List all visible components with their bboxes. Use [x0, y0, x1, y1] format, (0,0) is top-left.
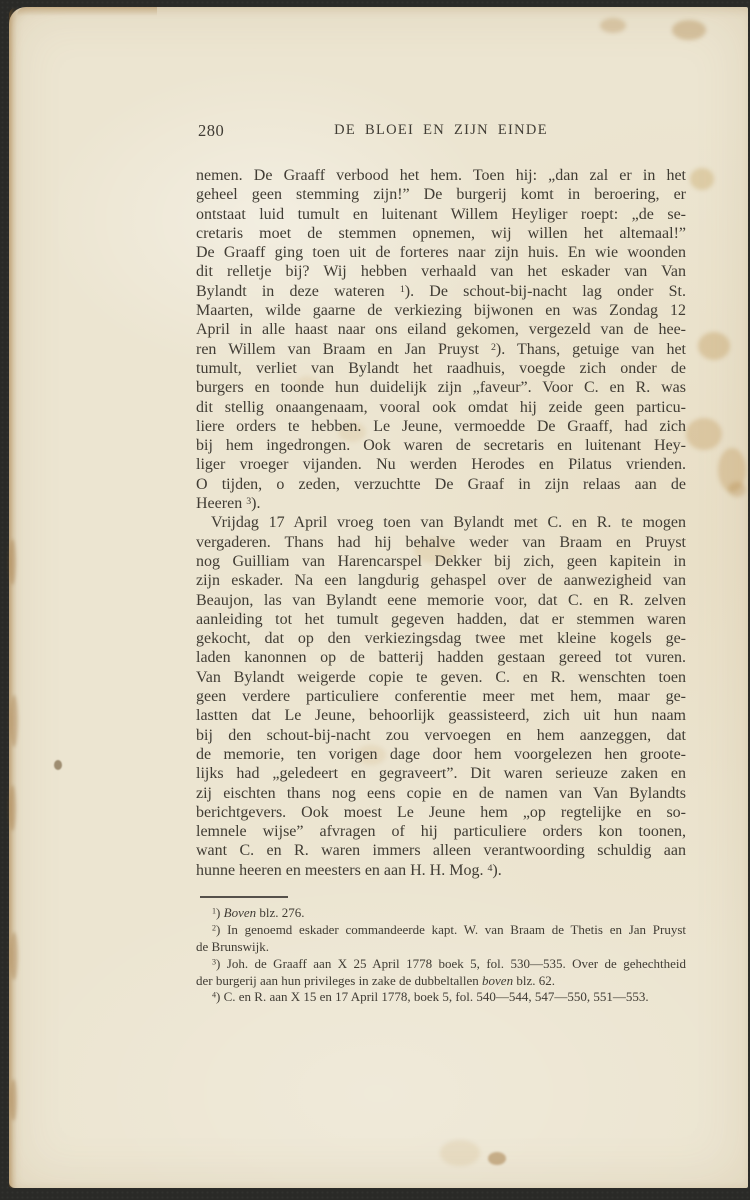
- stain: [686, 418, 722, 450]
- body-paragraph: Vrijdag 17 April vroeg toen van Bylandt …: [196, 513, 686, 880]
- footnote: 3) Joh. de Graaff aan X 25 April 1778 bo…: [196, 956, 686, 990]
- stain: [488, 1152, 506, 1165]
- running-head: DE BLOEI EN ZIJN EINDE: [196, 122, 686, 139]
- stain: [698, 332, 730, 360]
- edge-stain: [10, 695, 18, 747]
- edge-stain: [9, 539, 16, 585]
- footnotes: 1) Boven blz. 276. 2) In genoemd eskader…: [196, 905, 686, 1006]
- stain: [690, 168, 714, 190]
- page-header: 280 DE BLOEI EN ZIJN EINDE: [196, 121, 686, 141]
- footnote: 2) In genoemd eskader commandeerde kapt.…: [196, 922, 686, 956]
- stain: [440, 1140, 480, 1166]
- stain: [728, 482, 746, 497]
- edge-stain: [9, 785, 16, 831]
- page-edge-left: [9, 7, 17, 1188]
- stain: [54, 760, 62, 770]
- footnote-rule: [200, 896, 288, 898]
- page-edge-top: [17, 7, 157, 16]
- stain: [672, 20, 706, 40]
- body-text: nemen. De Graaff verbood het hem. Toen h…: [196, 166, 686, 880]
- scan-background: { "colors": { "background": "#2a2a27", "…: [0, 0, 750, 1200]
- edge-stain: [10, 932, 18, 980]
- footnote: 1) Boven blz. 276.: [196, 905, 686, 922]
- body-paragraph: nemen. De Graaff verbood het hem. Toen h…: [196, 166, 686, 513]
- stain: [600, 18, 626, 33]
- edge-stain: [10, 1079, 17, 1121]
- footnote: 4) C. en R. aan X 15 en 17 April 1778, b…: [196, 989, 686, 1006]
